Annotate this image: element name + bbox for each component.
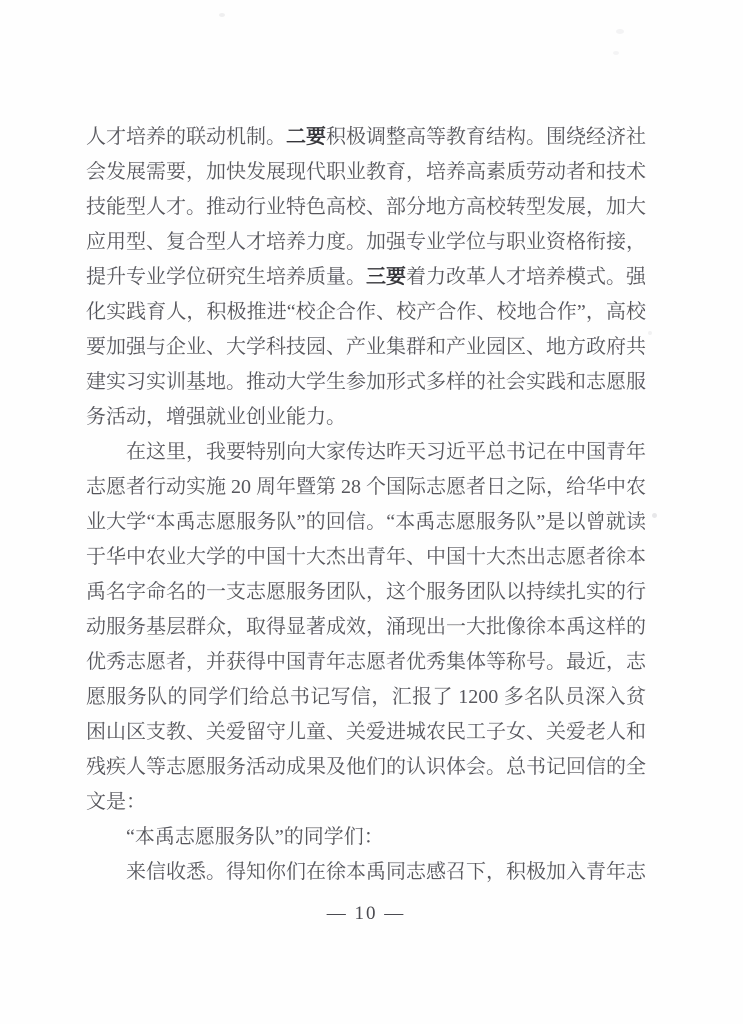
scan-speck bbox=[652, 513, 657, 518]
bold-text-segment: 二要 bbox=[286, 126, 326, 148]
document-body: 人才培养的联动机制。二要积极调整高等教育结构。围绕经济社会发展需要，加快发展现代… bbox=[86, 120, 646, 890]
text-segment: “本禹志愿服务队”的同学们： bbox=[126, 826, 384, 848]
bold-text-segment: 三要 bbox=[366, 266, 406, 288]
paragraph: “本禹志愿服务队”的同学们： bbox=[86, 820, 646, 855]
paragraph: 在这里，我要特别向大家传达昨天习近平总书记在中国青年志愿者行动实施 20 周年暨… bbox=[86, 435, 646, 820]
page-number: — 10 — bbox=[86, 903, 646, 925]
text-segment: 在这里，我要特别向大家传达昨天习近平总书记在中国青年志愿者行动实施 20 周年暨… bbox=[86, 441, 646, 813]
scan-speck bbox=[616, 29, 624, 34]
paragraph: 人才培养的联动机制。二要积极调整高等教育结构。围绕经济社会发展需要，加快发展现代… bbox=[86, 120, 646, 435]
paragraph: 来信收悉。得知你们在徐本禹同志感召下，积极加入青年志 bbox=[86, 855, 646, 890]
scanned-document-page: 人才培养的联动机制。二要积极调整高等教育结构。围绕经济社会发展需要，加快发展现代… bbox=[0, 0, 743, 1024]
text-segment: 人才培养的联动机制。 bbox=[86, 126, 286, 148]
scan-speck bbox=[613, 51, 619, 55]
text-segment: 积极调整高等教育结构。围绕经济社会发展需要，加快发展现代职业教育，培养高素质劳动… bbox=[86, 126, 646, 288]
scan-speck bbox=[648, 331, 652, 335]
scan-speck bbox=[219, 13, 225, 17]
text-segment: 着力改革人才培养模式。强化实践育人，积极推进“校企合作、校产合作、校地合作”，高… bbox=[86, 266, 646, 428]
text-segment: 来信收悉。得知你们在徐本禹同志感召下，积极加入青年志 bbox=[126, 861, 646, 883]
